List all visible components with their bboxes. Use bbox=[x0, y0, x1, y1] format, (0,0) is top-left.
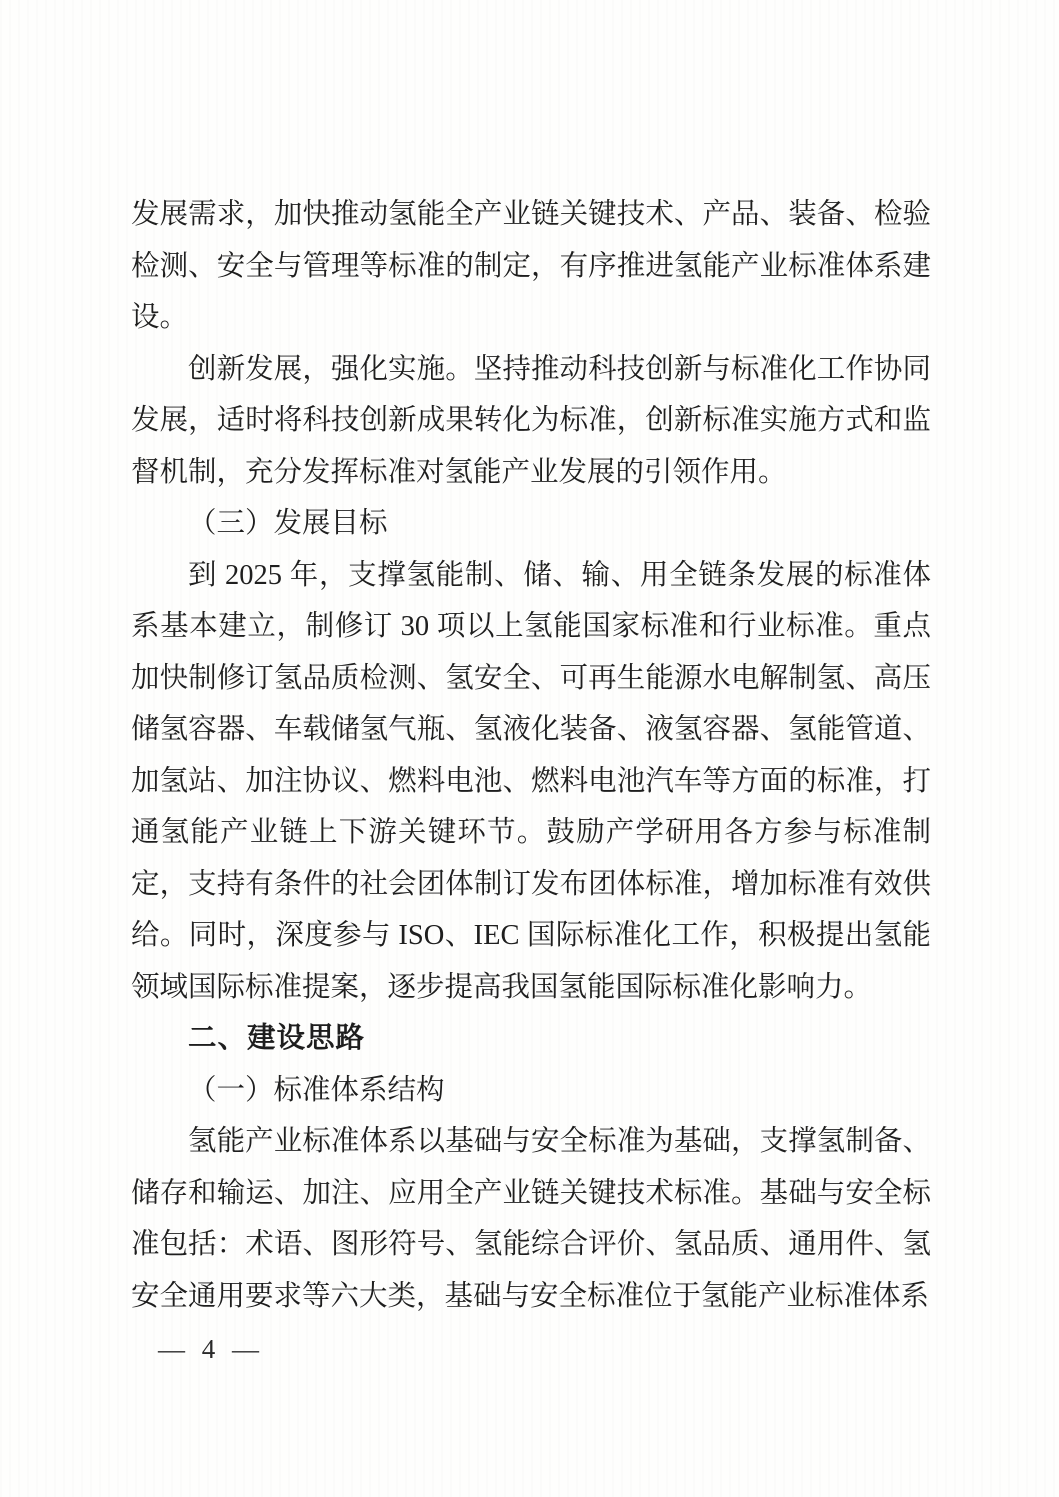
heading: （一）标准体系结构 bbox=[131, 1065, 931, 1117]
heading: 二、建设思路 bbox=[131, 1013, 931, 1065]
page-number: — 4 — bbox=[158, 1332, 264, 1366]
paragraph: 氢能产业标准体系以基础与安全标准为基础，支撑氢制备、储存和输运、加注、应用全产业… bbox=[131, 1116, 931, 1322]
paragraph: 创新发展，强化实施。坚持推动科技创新与标准化工作协同发展，适时将科技创新成果转化… bbox=[131, 344, 931, 499]
paragraph: 发展需求，加快推动氢能全产业链关键技术、产品、装备、检验检测、安全与管理等标准的… bbox=[131, 189, 931, 344]
heading: （三）发展目标 bbox=[131, 498, 931, 550]
paragraph: 到 2025 年，支撑氢能制、储、输、用全链条发展的标准体系基本建立，制修订 3… bbox=[131, 550, 931, 1014]
document-text: 发展需求，加快推动氢能全产业链关键技术、产品、装备、检验检测、安全与管理等标准的… bbox=[131, 189, 931, 1322]
document-page: 发展需求，加快推动氢能全产业链关键技术、产品、装备、检验检测、安全与管理等标准的… bbox=[0, 0, 1059, 1497]
